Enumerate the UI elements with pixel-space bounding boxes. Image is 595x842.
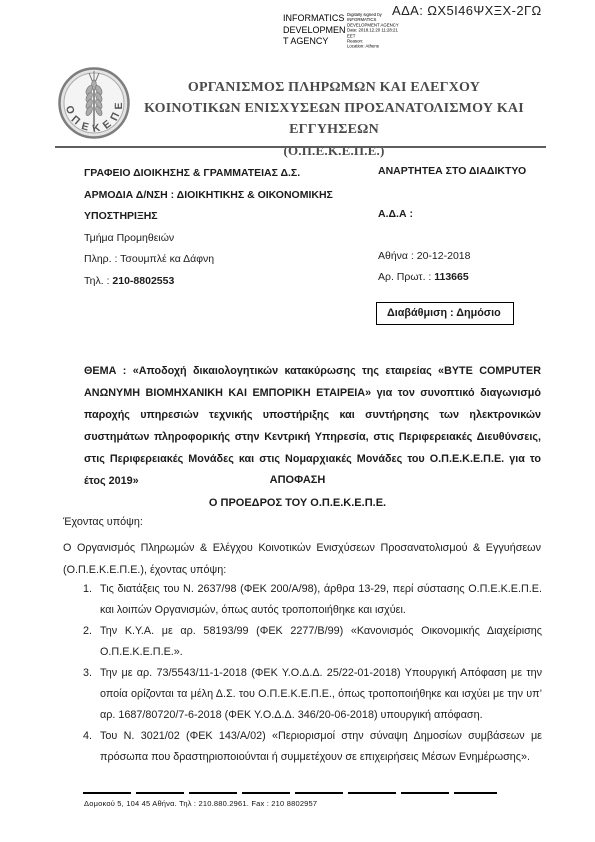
president-heading: Ο ΠΡΟΕΔΡΟΣ ΤΟΥ Ο.Π.Ε.Κ.Ε.Π.Ε. <box>0 497 595 509</box>
signature-details: Digitally signed by INFORMATICS DEVELOPM… <box>347 13 441 50</box>
organization-title: ΟΡΓΑΝΙΣΜΟΣ ΠΛΗΡΩΜΩΝ ΚΑΙ ΕΛΕΓΧΟΥ ΚΟΙΝΟΤΙΚ… <box>118 77 550 161</box>
footer-address: Δομοκού 5, 104 45 Αθήνα. Τηλ : 210.880.2… <box>84 799 317 808</box>
digital-signature-stamp: INFORMATICS DEVELOPMEN T AGENCY Digitall… <box>283 13 477 65</box>
phone-value: 210-8802553 <box>112 275 174 287</box>
list-item-text: Την με αρ. 73/5543/11-1-2018 (ΦΕΚ Υ.Ο.Δ.… <box>100 663 542 726</box>
list-item-text: Τις διατάξεις του Ν. 2637/98 (ΦΕΚ 200/Α/… <box>100 579 542 621</box>
department-line: Τμήμα Προμηθειών <box>84 228 333 250</box>
phone-line: Τηλ. : 210-8802553 <box>84 271 333 293</box>
signature-detail-line: Location: Athens <box>347 45 441 50</box>
web-posting-note: ΑΝΑΡΤΗΤΕΑ ΣΤΟ ΔΙΑΔΙΚΤΥΟ <box>378 165 526 177</box>
signature-agency-line: T AGENCY <box>283 36 343 48</box>
list-item-number: 1. <box>83 579 100 621</box>
signature-agency-line: INFORMATICS <box>283 13 343 25</box>
list-item: 2. Την Κ.Υ.Α. με αρ. 58193/99 (ΦΕΚ 2277/… <box>83 621 542 663</box>
list-item-text: Του Ν. 3021/02 (ΦΕΚ 143/Α/02) «Περιορισμ… <box>100 726 542 768</box>
office-line: ΓΡΑΦΕΙΟ ΔΙΟΙΚΗΣΗΣ & ΓΡΑΜΜΑΤΕΙΑΣ Δ.Σ. <box>84 163 333 185</box>
org-title-line1: ΟΡΓΑΝΙΣΜΟΣ ΠΛΗΡΩΜΩΝ ΚΑΙ ΕΛΕΓΧΟΥ <box>118 77 550 98</box>
list-item: 4. Του Ν. 3021/02 (ΦΕΚ 143/Α/02) «Περιορ… <box>83 726 542 768</box>
list-item-number: 3. <box>83 663 100 726</box>
list-item-text: Την Κ.Υ.Α. με αρ. 58193/99 (ΦΕΚ 2277/Β/9… <box>100 621 542 663</box>
city-date-line: Αθήνα : 20-12-2018 <box>378 250 470 262</box>
decision-heading: ΑΠΟΦΑΣΗ <box>0 474 595 486</box>
contact-line: Πληρ. : Τσουμπλέ κα Δάφνη <box>84 249 333 271</box>
protocol-label: Αρ. Πρωτ. : <box>378 271 434 283</box>
list-item: 3. Την με αρ. 73/5543/11-1-2018 (ΦΕΚ Υ.Ο… <box>83 663 542 726</box>
decision-intro-paragraph: Ο Οργανισμός Πληρωμών & Ελέγχου Κοινοτικ… <box>63 538 541 581</box>
list-item-number: 4. <box>83 726 100 768</box>
having-regard-line: Έχοντας υπόψη: <box>63 516 143 528</box>
ada-label: Α.Δ.Α : <box>378 208 413 220</box>
phone-label: Τηλ. : <box>84 275 112 287</box>
protocol-line: Αρ. Πρωτ. : 113665 <box>378 271 469 283</box>
document-page: ΑΔΑ: ΩΧ5Ι46ΨΧΞΧ-2ΓΩ INFORMATICS DEVELOPM… <box>0 0 595 842</box>
meta-left-column: ΓΡΑΦΕΙΟ ΔΙΟΙΚΗΣΗΣ & ΓΡΑΜΜΑΤΕΙΑΣ Δ.Σ. ΑΡΜ… <box>84 163 333 292</box>
directorate-line1: ΑΡΜΟΔΙΑ Δ/ΝΣΗ : ΔΙΟΙΚΗΤΙΚΗΣ & ΟΙΚΟΝΟΜΙΚΗ… <box>84 185 333 207</box>
legal-references-list: 1. Τις διατάξεις του Ν. 2637/98 (ΦΕΚ 200… <box>83 579 542 768</box>
protocol-value: 113665 <box>434 271 468 283</box>
classification-box: Διαβάθμιση : Δημόσιο <box>376 302 514 325</box>
signature-agency-name: INFORMATICS DEVELOPMEN T AGENCY <box>283 13 343 48</box>
org-title-line3: (Ο.Π.Ε.Κ.Ε.Π.Ε.) <box>118 140 550 161</box>
list-item: 1. Τις διατάξεις του Ν. 2637/98 (ΦΕΚ 200… <box>83 579 542 621</box>
directorate-line2: ΥΠΟΣΤΗΡΙΞΗΣ <box>84 206 333 228</box>
signature-agency-line: DEVELOPMEN <box>283 25 343 37</box>
subject-paragraph: ΘΕΜΑ : «Αποδοχή δικαιολογητικών κατακύρω… <box>84 360 541 492</box>
header-divider <box>55 146 546 148</box>
footer-divider <box>83 792 497 794</box>
org-title-line2: ΚΟΙΝΟΤΙΚΩΝ ΕΝΙΣΧΥΣΕΩΝ ΠΡΟΣΑΝΑΤΟΛΙΣΜΟΥ ΚΑ… <box>118 98 550 140</box>
list-item-number: 2. <box>83 621 100 663</box>
